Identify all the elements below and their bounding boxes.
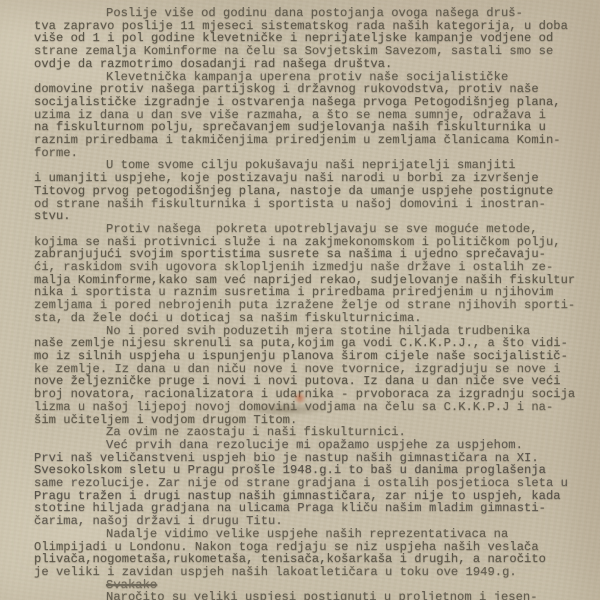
text-line: broj novatora, racionalizatora i udarnik… (34, 388, 592, 401)
text-line: strane zemalja Kominforme na čelu sa Sov… (34, 45, 592, 58)
text-line: raznim priredbama i takmičenjima priredj… (34, 134, 592, 147)
text-line: Protiv našega pokreta upotrebljavaju se … (34, 223, 592, 236)
paragraph: Klevetnička kampanja uperena protiv naše… (34, 71, 592, 160)
text-line: naše zemlje nijesu skrenuli sa puta,koji… (34, 337, 592, 350)
text-line: čarima, našoj državi i drugu Titu. (34, 515, 592, 528)
paragraph: Naročito su veliki uspjesi postignuti u … (34, 591, 592, 600)
text-line: ke zemlje. Iz dana u dan niču nove i nov… (34, 363, 592, 376)
text-line: Poslije više od godinu dana postojanja o… (34, 7, 592, 20)
text-line: ovdje da razmotrimo dosadanji rad našega… (34, 58, 592, 71)
paragraph: No i pored svih poduzetih mjera stotine … (34, 325, 592, 427)
text-line: kojima se naši protivnici služe i na zak… (34, 236, 592, 249)
text-line: Već prvih dana rezolucije mi opažamo usp… (34, 439, 592, 452)
text-line: mo iz silnih uspjeha u ispunjenju planov… (34, 350, 592, 363)
text-line: lizma u našoj lijepoj novoj domovini vod… (34, 401, 592, 414)
text-line: je veliki i zavidan uspjeh naših lakoatl… (34, 566, 592, 579)
text-line: i umanjiti uspjehe, koje postizavaju naš… (34, 172, 592, 185)
text-line: ći, raskidom svih ugovora sklopljenih iz… (34, 261, 592, 274)
paragraph: Protiv našega pokreta upotrebljavaju se … (34, 223, 592, 325)
text-line: tva zapravo poslije 11 mjeseci sistemats… (34, 20, 592, 33)
text-line: Titovog prvog petogodišnjeg plana, nasto… (34, 185, 592, 198)
text-line: socijalističke izgradnje i ostvarenja na… (34, 96, 592, 109)
text-line: od strane naših fiskulturnika i sportist… (34, 198, 592, 211)
paragraph: U tome svome cilju pokušavaju naši nepri… (34, 159, 592, 223)
paragraph: Za ovim ne zaostaju i naši fiskulturnici… (34, 426, 592, 439)
text-line: uzima iz dana u dan sve više razmaha, a … (34, 109, 592, 122)
text-line: same rezolucije. Zar nije od strane grad… (34, 477, 592, 490)
paragraph: Već prvih dana rezolucije mi opažamo usp… (34, 439, 592, 528)
text-line: domovine protiv našega partijskog i drža… (34, 83, 592, 96)
text-line: Prvi naš veličanstveni uspjeh bio je nas… (34, 452, 592, 465)
text-line: Za ovim ne zaostaju i naši fiskulturnici… (34, 426, 592, 439)
document-text: Poslije više od godinu dana postojanja o… (34, 7, 592, 600)
text-line: Olimpijadi u Londonu. Nakon toga redjaju… (34, 541, 592, 554)
text-line: zemljama i pored nebrojenih puta izražen… (34, 299, 592, 312)
paragraph: Poslije više od godinu dana postojanja o… (34, 7, 592, 71)
text-line: sta, da žele doći u doticaj sa našim fis… (34, 312, 592, 325)
text-line: Nadalje vidimo velike uspjehe naših repr… (34, 528, 592, 541)
text-line: Naročito su veliki uspjesi postignuti u … (34, 591, 592, 600)
document-page: Poslije više od godinu dana postojanja o… (0, 0, 600, 600)
paragraph: Nadalje vidimo velike uspjehe naših repr… (34, 528, 592, 579)
